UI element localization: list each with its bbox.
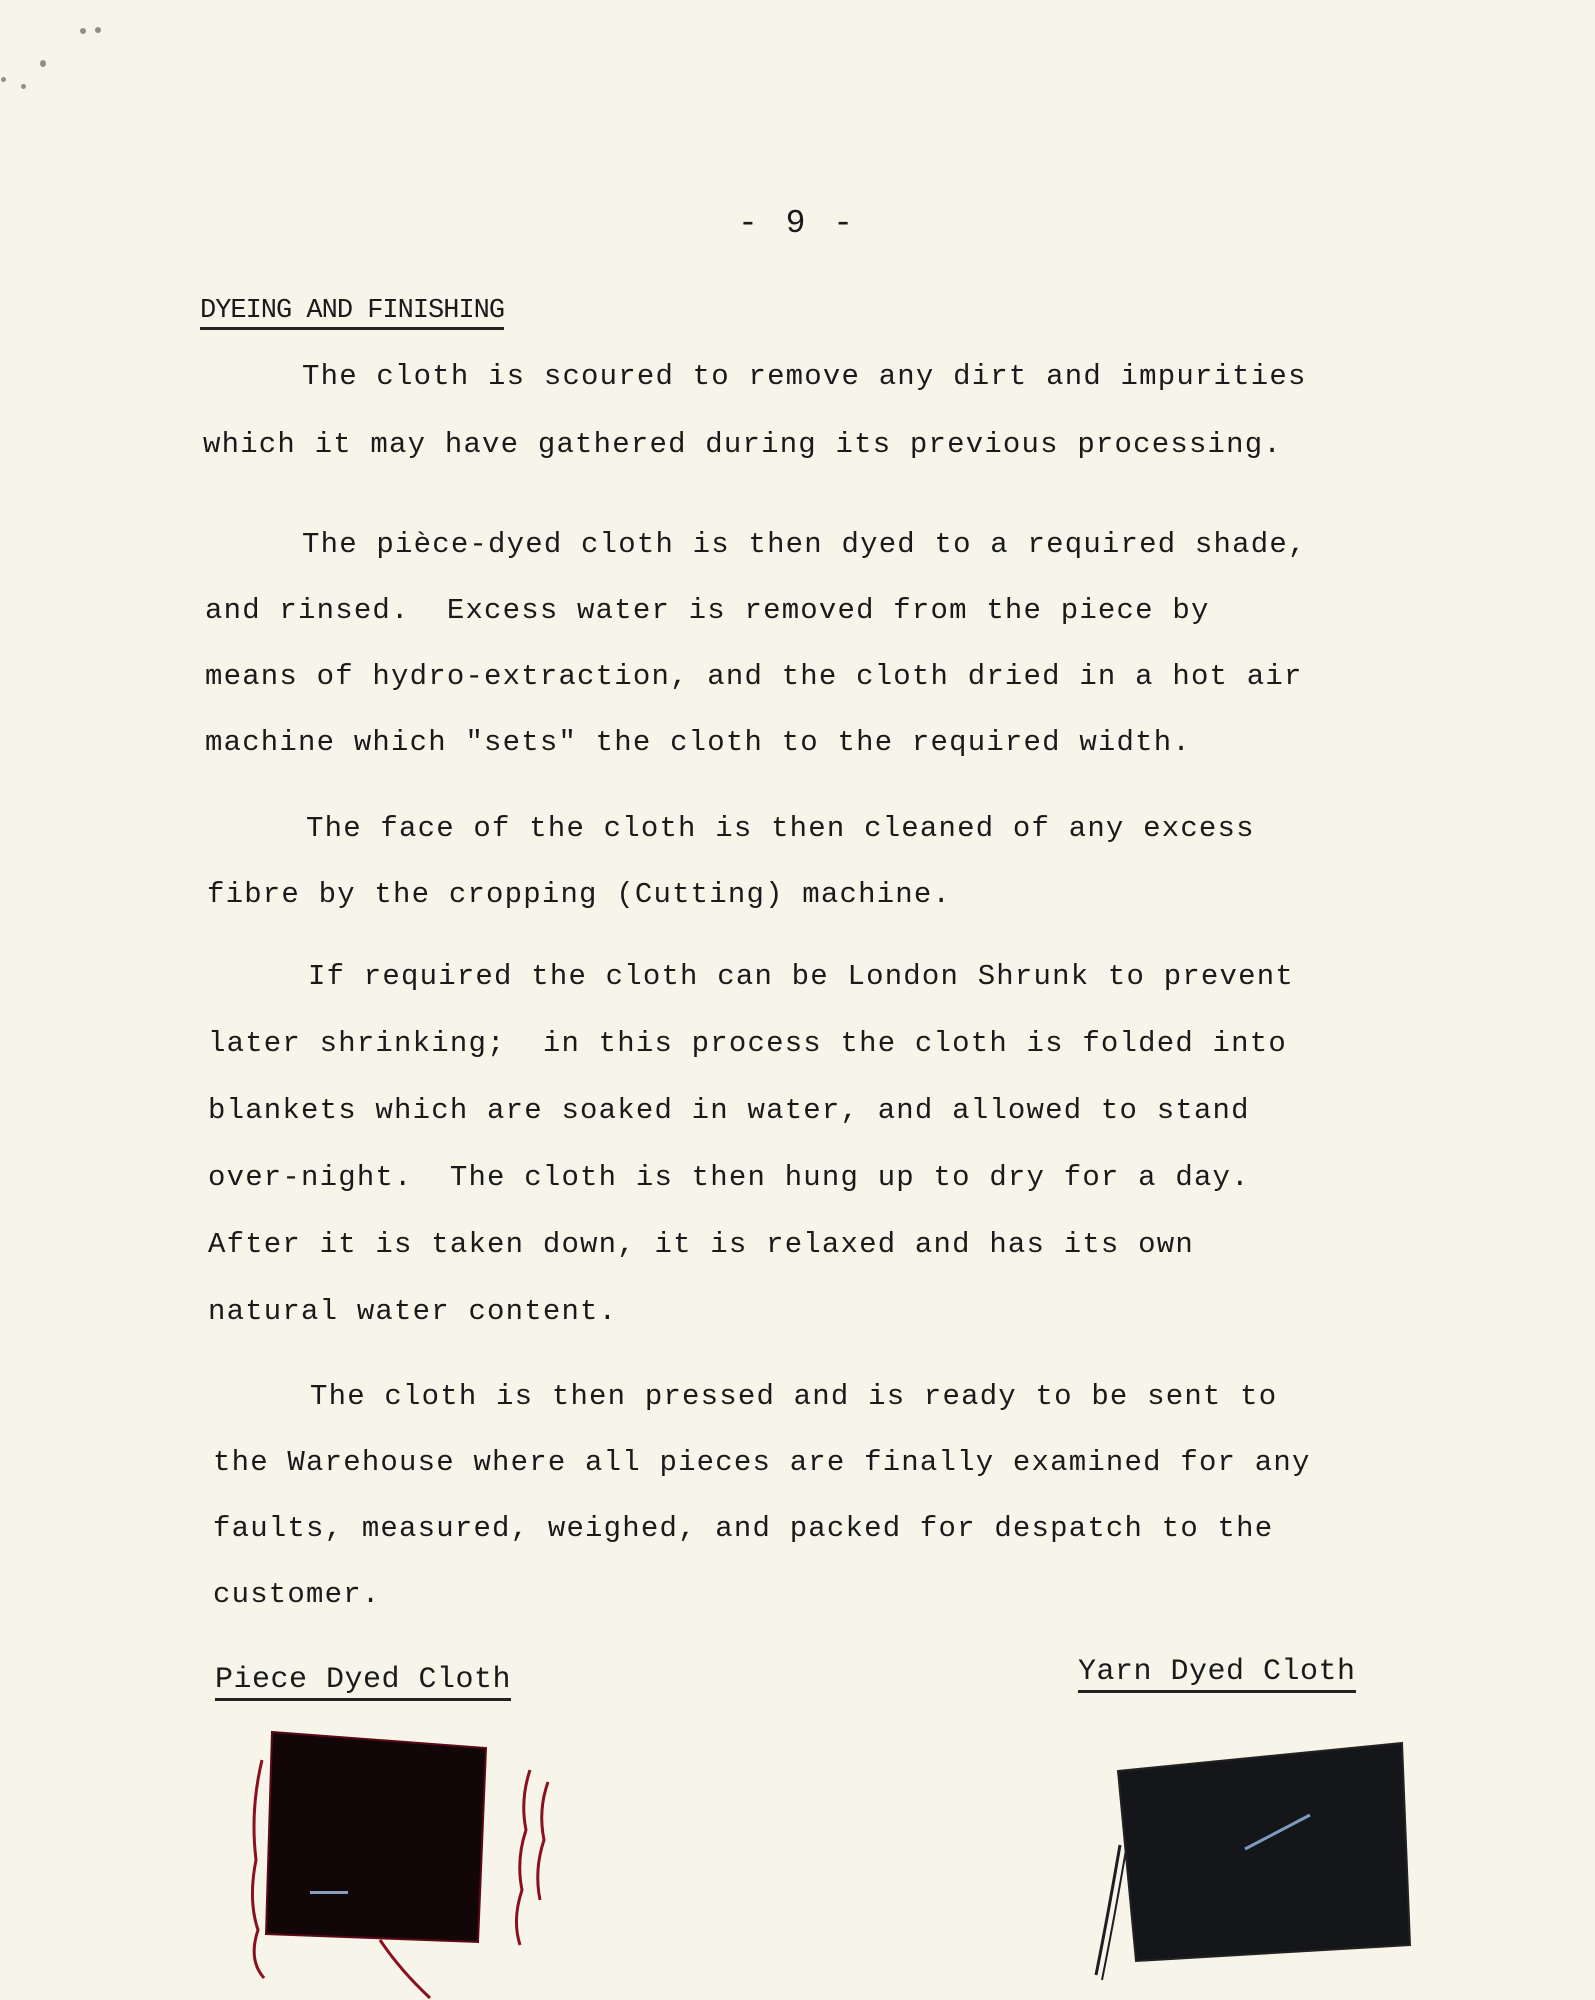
yarn-dyed-cloth-swatch [1060,1735,1420,2000]
sample-caption-yarn-dyed: Yarn Dyed Cloth [1078,1655,1356,1693]
text-line: The face of the cloth is then cleaned of… [306,812,1255,845]
paper-speck [80,28,86,34]
paper-speck [1,77,6,82]
text-line: the Warehouse where all pieces are final… [213,1446,1311,1479]
piece-dyed-cloth-swatch [230,1730,570,2000]
section-heading: DYEING AND FINISHING [200,296,504,330]
text-line: faults, measured, weighed, and packed fo… [213,1512,1273,1545]
text-line: If required the cloth can be London Shru… [308,960,1294,993]
text-line: which it may have gathered during its pr… [203,428,1282,461]
text-line: later shrinking; in this process the clo… [208,1027,1287,1060]
text-line: fibre by the cropping (Cutting) machine. [207,878,951,911]
text-line: customer. [213,1578,380,1611]
text-line: over-night. The cloth is then hung up to… [208,1161,1250,1194]
sample-caption-piece-dyed: Piece Dyed Cloth [215,1663,511,1701]
text-line: The cloth is scoured to remove any dirt … [302,360,1307,393]
text-line: The cloth is then pressed and is ready t… [310,1380,1277,1413]
paper-speck [95,27,101,33]
text-line: blankets which are soaked in water, and … [208,1094,1250,1127]
text-line: means of hydro-extraction, and the cloth… [205,660,1303,693]
text-line: and rinsed. Excess water is removed from… [205,594,1210,627]
text-line: After it is taken down, it is relaxed an… [208,1228,1194,1261]
text-line: natural water content. [208,1295,617,1328]
paper-speck [40,60,46,67]
text-line: machine which "sets" the cloth to the re… [205,726,1191,759]
page-number: - 9 - [0,205,1595,242]
paper-speck [21,84,26,89]
text-line: The pièce-dyed cloth is then dyed to a r… [302,528,1307,561]
